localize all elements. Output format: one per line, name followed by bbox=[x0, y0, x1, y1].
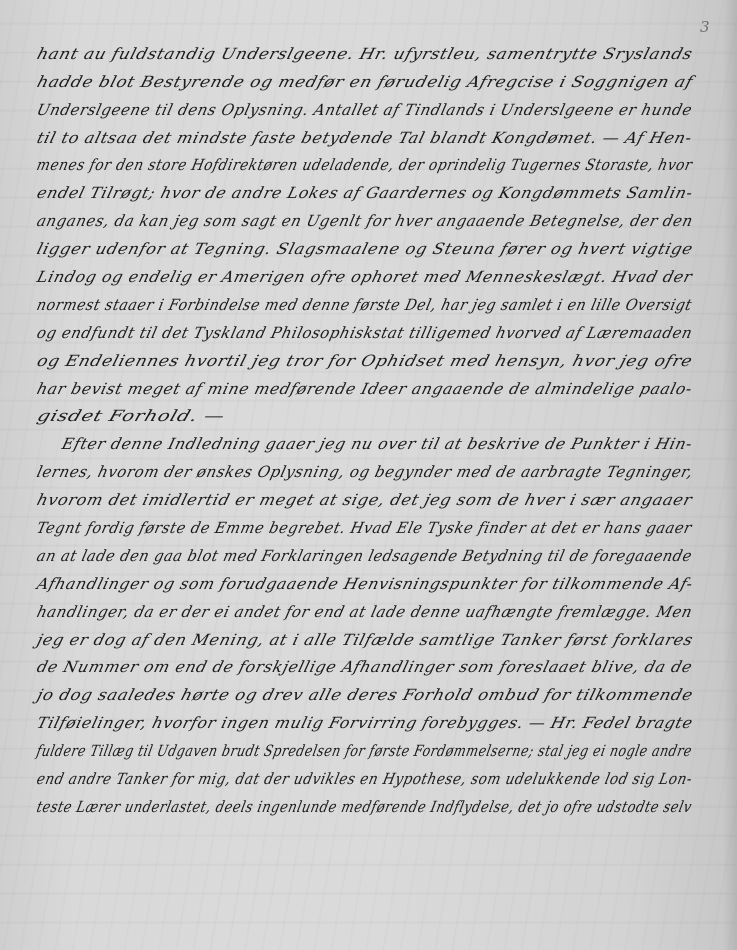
manuscript-line: lernes, hvorom der ønskes Oplysning, og … bbox=[35, 463, 695, 481]
manuscript-line: Efter denne Indledning gaaer jeg nu over… bbox=[60, 435, 694, 453]
manuscript-line: Tegnt fordig første de Emme begrebet. Hv… bbox=[35, 519, 694, 537]
manuscript-line: fuldere Tillæg til Udgaven brudt Spredel… bbox=[35, 742, 694, 760]
manuscript-line: hant au fuldstandig Underslgeene. Hr. uf… bbox=[35, 45, 695, 63]
manuscript-line: hvorom det imidlertid er meget at sige, … bbox=[35, 491, 694, 509]
manuscript-line: teste Lærer underlastet, deels ingenlund… bbox=[35, 798, 694, 816]
manuscript-text: hant au fuldstandig Underslgeene. Hr. uf… bbox=[0, 0, 737, 950]
manuscript-line: jo dog saaledes hørte og drev alle deres… bbox=[35, 686, 695, 704]
manuscript-line: og Endeliennes hvortil jeg tror for Ophi… bbox=[35, 352, 695, 370]
manuscript-line: anganes, da kan jeg som sagt en Ugenlt f… bbox=[35, 212, 695, 230]
manuscript-line: de Nummer om end de forskjellige Afhandl… bbox=[35, 658, 694, 676]
manuscript-line: og endfundt til det Tyskland Philosophis… bbox=[35, 324, 694, 342]
manuscript-page: 3 hant au fuldstandig Underslgeene. Hr. … bbox=[0, 0, 737, 950]
manuscript-line: end andre Tanker for mig, dat der udvikl… bbox=[35, 770, 694, 788]
manuscript-line: jeg er dog af den Mening, at i alle Tilf… bbox=[35, 631, 695, 649]
manuscript-line: til to altsaa det mindste faste betydend… bbox=[35, 129, 694, 147]
manuscript-line: Afhandlinger og som forudgaaende Henvisn… bbox=[35, 575, 695, 593]
manuscript-line: menes for den store Hofdirektøren udelad… bbox=[35, 156, 694, 174]
manuscript-line: Lindog og endelig er Amerigen ofre ophor… bbox=[35, 268, 694, 286]
manuscript-line: har bevist meget af mine medførende Idee… bbox=[35, 380, 694, 398]
manuscript-line: normest staaer i Forbindelse med denne f… bbox=[35, 296, 694, 314]
manuscript-line: Underslgeene til dens Oplysning. Antalle… bbox=[35, 101, 694, 119]
manuscript-line: Tilføielinger, hvorfor ingen mulig Forvi… bbox=[35, 714, 695, 732]
manuscript-line: an at lade den gaa blot med Forklaringen… bbox=[35, 547, 694, 565]
manuscript-line: endel Tilrøgt; hvor de andre Lokes af Ga… bbox=[35, 184, 695, 202]
manuscript-line: hadde blot Bestyrende og medfør en førud… bbox=[35, 73, 695, 91]
manuscript-line: handlinger, da er der ei andet for end a… bbox=[35, 603, 694, 621]
manuscript-line: ligger udenfor at Tegning. Slagsmaalene … bbox=[35, 240, 695, 258]
manuscript-line: gisdet Forhold. — bbox=[35, 407, 227, 425]
